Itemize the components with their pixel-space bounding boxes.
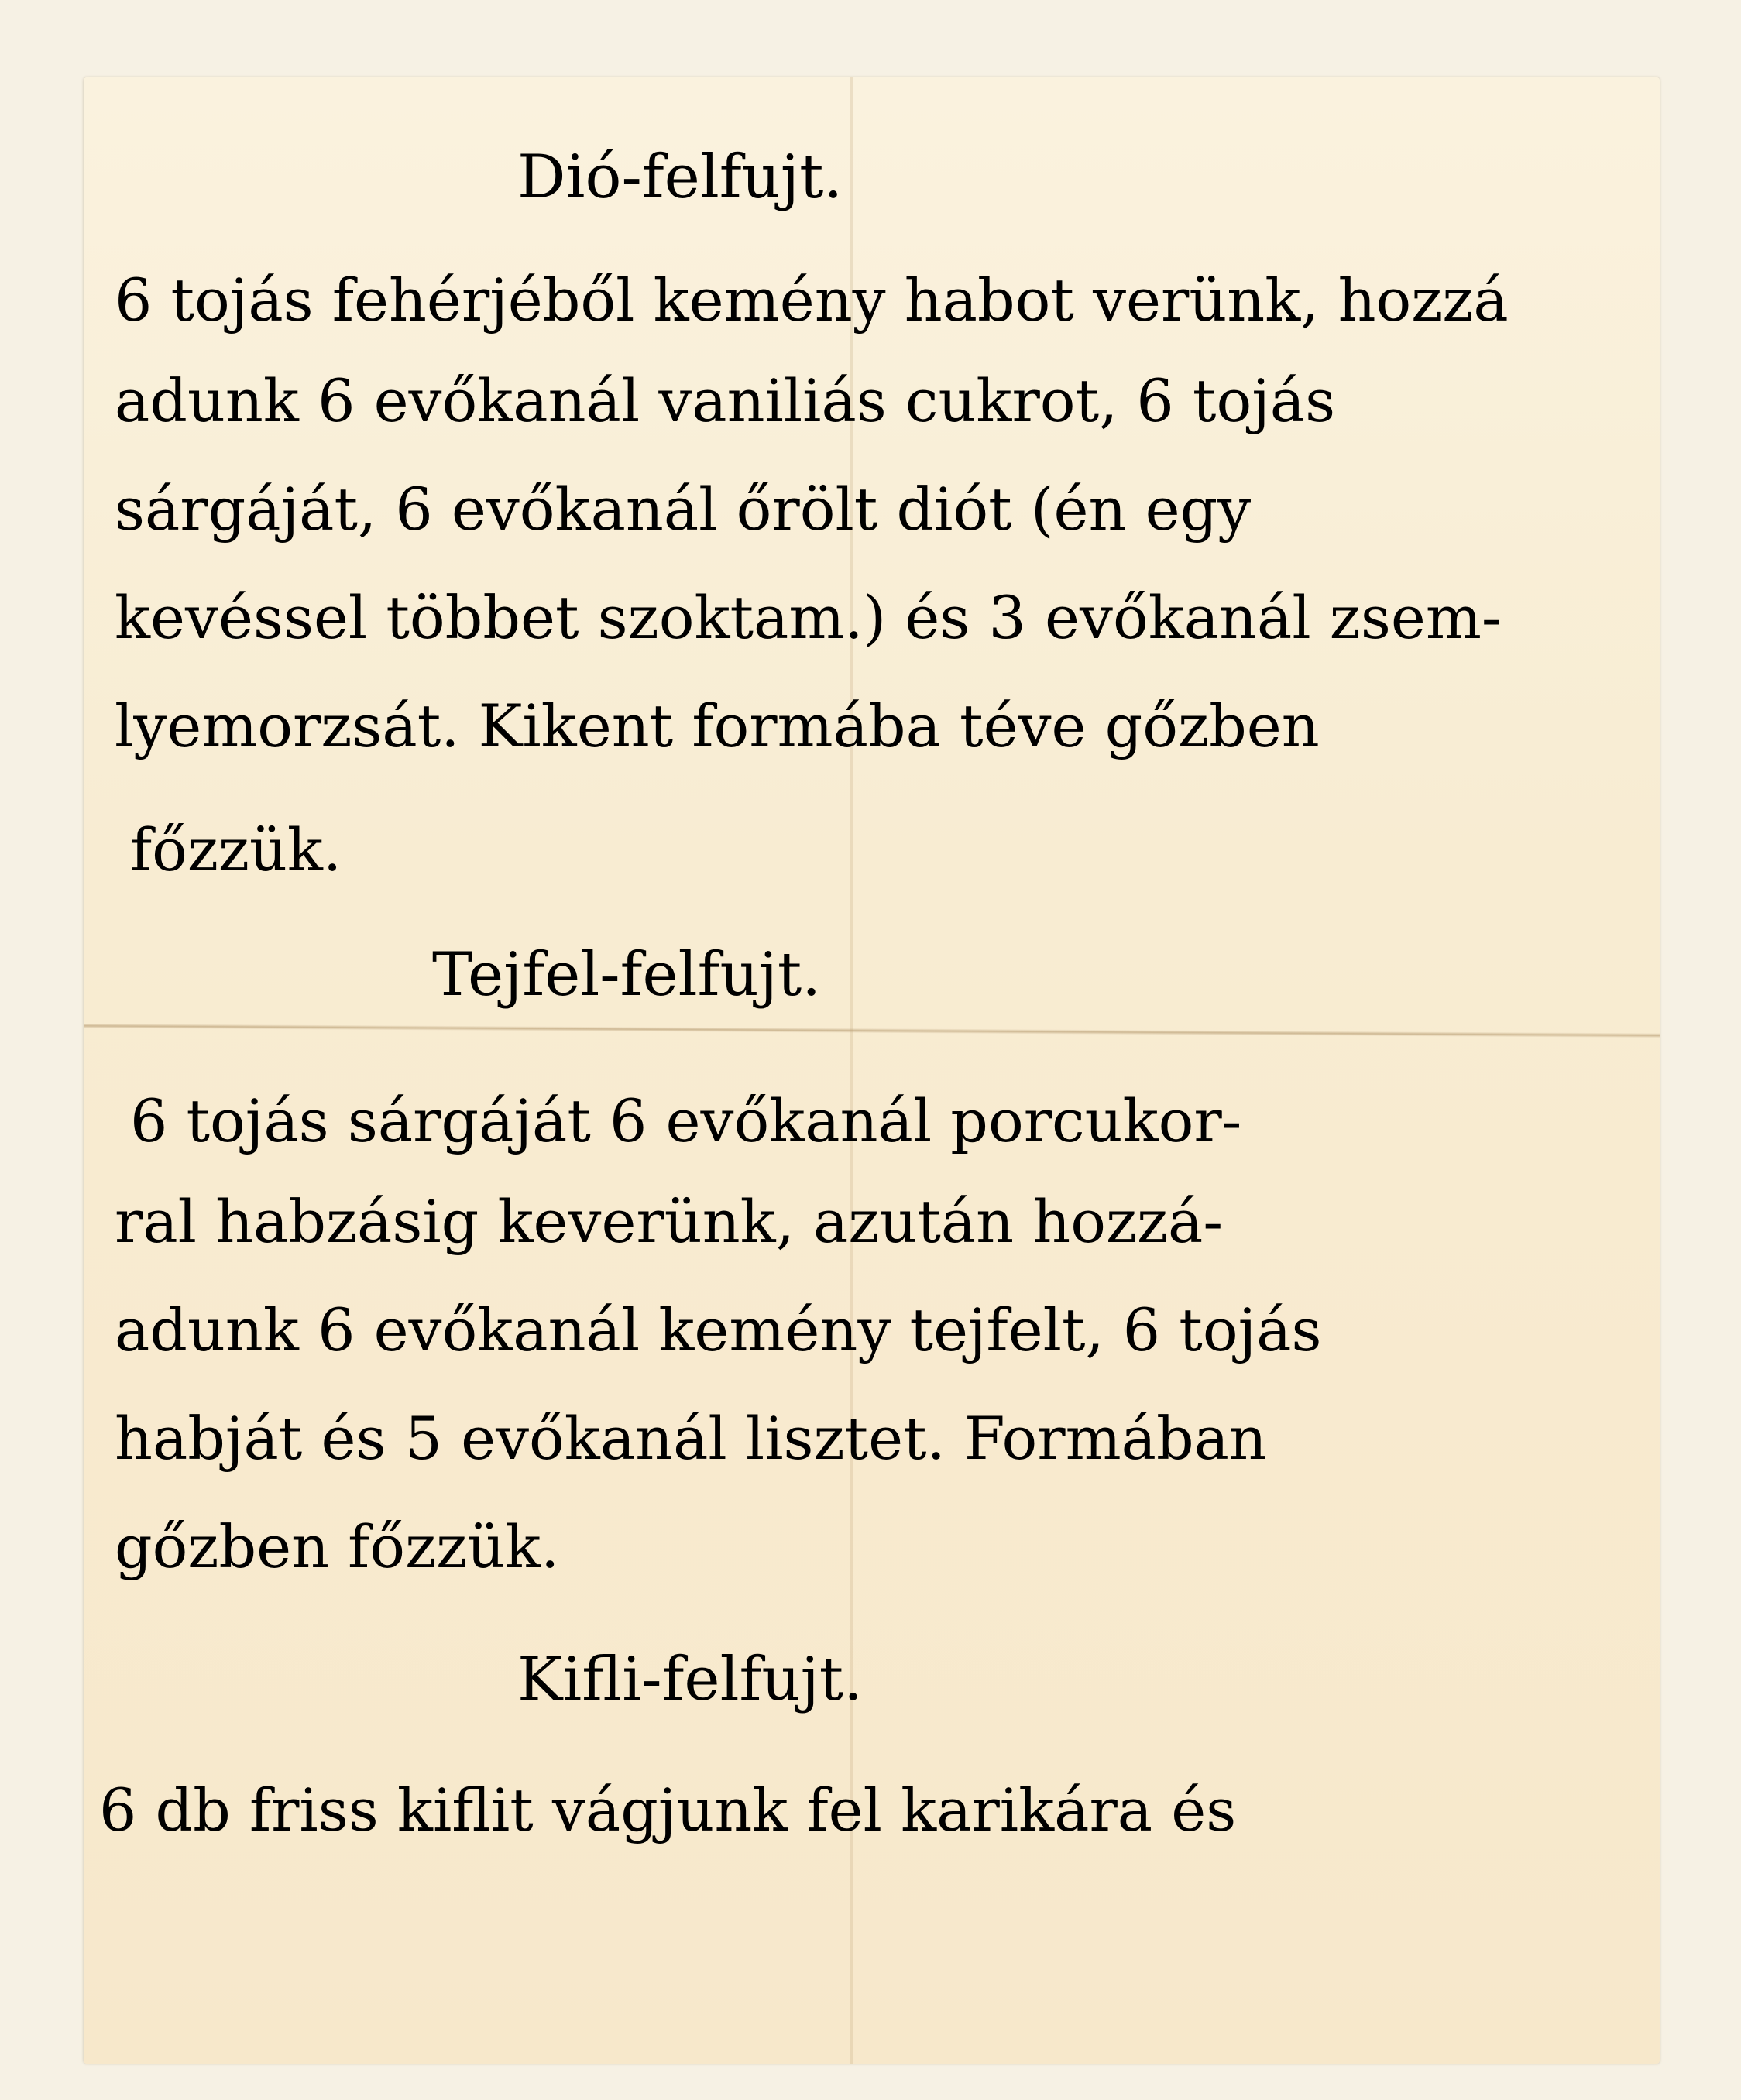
recipe-line: gőzben főzzük. xyxy=(115,1518,559,1577)
recipe-line: sárgáját, 6 evőkanál őrölt diót (én egy xyxy=(115,480,1251,539)
recipe-line: 6 tojás sárgáját 6 evőkanál porcukor- xyxy=(130,1092,1241,1151)
paper-sheet: Dió-felfujt. 6 tojás fehérjéből kemény h… xyxy=(84,77,1660,2064)
recipe-title-dio: Dió-felfujt. xyxy=(517,147,843,208)
recipe-line: 6 db friss kiflit vágjunk fel karikára é… xyxy=(99,1781,1236,1840)
horizontal-fold-crease xyxy=(84,1024,1660,1038)
recipe-line: kevéssel többet szoktam.) és 3 evőkanál … xyxy=(115,588,1502,647)
recipe-line: adunk 6 evőkanál vaniliás cukrot, 6 tojá… xyxy=(115,372,1335,431)
recipe-line: 6 tojás fehérjéből kemény habot verünk, … xyxy=(115,271,1509,330)
recipe-line: lyemorzsát. Kikent formába téve gőzben xyxy=(115,697,1320,756)
recipe-title-tejfel: Tejfel-felfujt. xyxy=(432,945,821,1005)
recipe-title-kifli: Kifli-felfujt. xyxy=(517,1649,863,1710)
recipe-line: adunk 6 evőkanál kemény tejfelt, 6 tojás xyxy=(115,1301,1321,1360)
recipe-line: főzzük. xyxy=(130,821,342,880)
recipe-line: habját és 5 evőkanál lisztet. Formában xyxy=(115,1409,1267,1468)
recipe-line: ral habzásig keverünk, azután hozzá- xyxy=(115,1192,1223,1251)
